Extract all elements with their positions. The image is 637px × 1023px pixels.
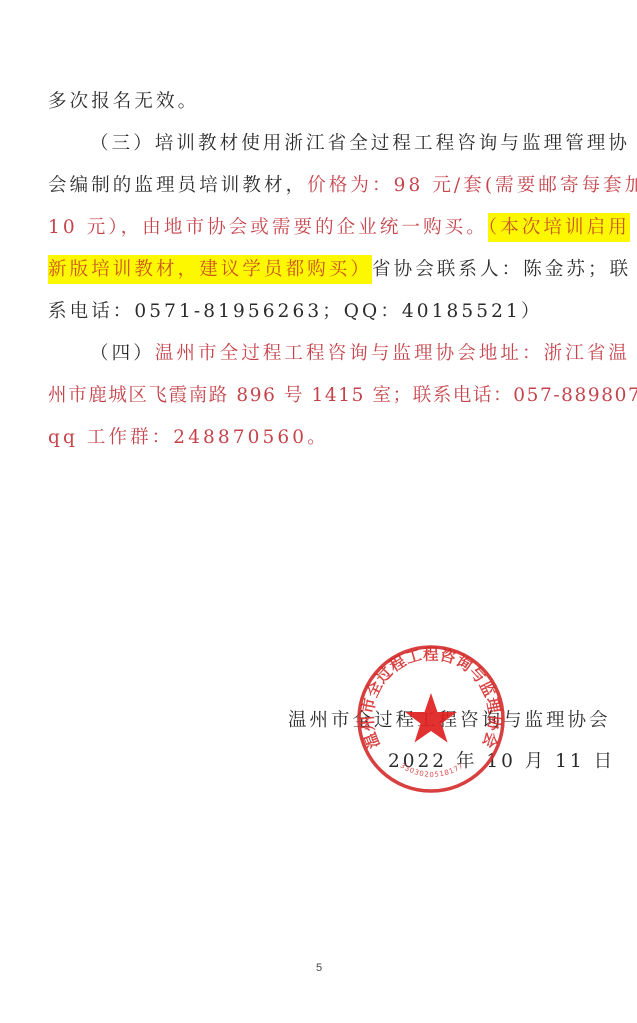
text-line-9: qq 工作群：248870560。 bbox=[48, 425, 329, 451]
text-line-8: 州市鹿城区飞霞南路 896 号 1415 室；联系电话：057-88980739… bbox=[48, 383, 637, 409]
text-segment: 多次报名无效。 bbox=[48, 91, 199, 112]
price-text-cont: 10 元），由地市协会或需要的企业统一购买。 bbox=[48, 217, 488, 238]
price-text: 价格为：98 元/套(需要邮寄每套加 bbox=[307, 175, 637, 196]
text-segment: 会编制的监理员培训教材， bbox=[48, 175, 307, 196]
svg-text:温州市全过程工程咨询与监理协会: 温州市全过程工程咨询与监理协会 bbox=[358, 644, 504, 751]
signature-date: 2022 年 10 月 11 日 bbox=[388, 747, 615, 773]
address-text: 温州市全过程工程咨询与监理协会地址：浙江省温 bbox=[155, 343, 630, 364]
text-line-1: 多次报名无效。 bbox=[48, 89, 199, 115]
qq-group-text: qq 工作群：248870560。 bbox=[48, 427, 329, 448]
section-4-heading-line: （四）温州市全过程工程咨询与监理协会地址：浙江省温 bbox=[90, 341, 630, 367]
highlighted-note-cont: 新版培训教材，建议学员都购买） bbox=[48, 255, 372, 284]
seal-arc-text: 温州市全过程工程咨询与监理协会 bbox=[358, 644, 504, 751]
text-line-3: 会编制的监理员培训教材，价格为：98 元/套(需要邮寄每套加 bbox=[48, 173, 637, 199]
text-line-6: 系电话：0571-81956263；QQ：40185521） bbox=[48, 299, 543, 325]
signature-organization: 温州市全过程工程咨询与监理协会 bbox=[288, 706, 611, 732]
page-number: 5 bbox=[316, 962, 322, 974]
address-phone-text: 州市鹿城区飞霞南路 896 号 1415 室；联系电话：057-88980739… bbox=[48, 385, 637, 406]
highlighted-note: （本次培训启用 bbox=[488, 213, 630, 242]
text-line-4: 10 元），由地市协会或需要的企业统一购买。（本次培训启用 bbox=[48, 215, 630, 241]
text-segment: （四） bbox=[90, 343, 155, 364]
contact-text: 省协会联系人：陈金苏；联 bbox=[372, 259, 631, 280]
text-line-5: 新版培训教材，建议学员都购买）省协会联系人：陈金苏；联 bbox=[48, 257, 631, 283]
contact-phone-text: 系电话：0571-81956263；QQ：40185521） bbox=[48, 301, 543, 322]
section-3-heading-line: （三）培训教材使用浙江省全过程工程咨询与监理管理协 bbox=[90, 131, 630, 157]
text-segment: （三）培训教材使用浙江省全过程工程咨询与监理管理协 bbox=[90, 133, 630, 154]
